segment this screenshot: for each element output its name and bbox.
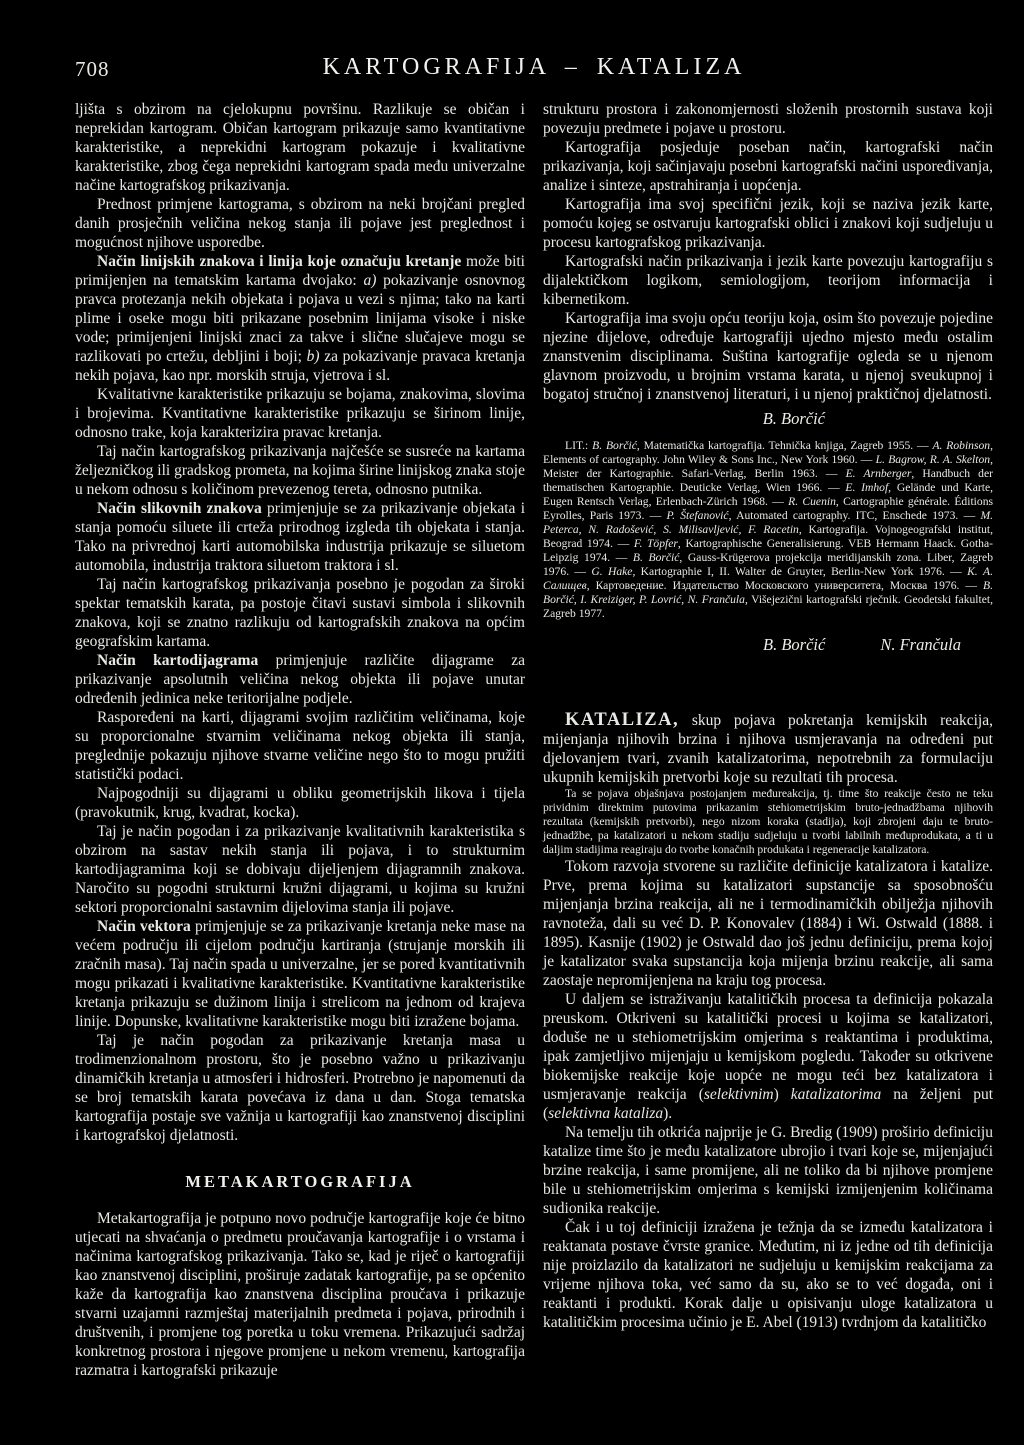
italic-text: B. Borčić	[592, 439, 637, 452]
italic-text: selektivna kataliza	[548, 1105, 663, 1122]
body-paragraph: Taj je način pogodan i za prikazivanje k…	[75, 822, 525, 917]
body-paragraph: Način vektora primjenjuje se za prikaziv…	[75, 917, 525, 1031]
italic-text: B. Borčić	[633, 551, 680, 564]
author-signature-line: B. Borčić	[543, 409, 993, 429]
body-paragraph: Način linijskih znakova i linija koje oz…	[75, 252, 525, 385]
body-paragraph: Kartografija ima svoju opću teoriju koja…	[543, 309, 993, 404]
body-paragraph: Na temelju tih otkrića najprije je G. Br…	[543, 1123, 993, 1218]
text-columns: ljišta s obzirom na cjelokupnu površinu.…	[75, 100, 993, 1380]
author-name: B. Borčić	[763, 409, 825, 429]
italic-text: a)	[363, 272, 376, 289]
italic-text: F. Töpfer	[634, 537, 678, 550]
entry-title: KATALIZA,	[565, 710, 679, 730]
bold-lead-in: Način slikovnih znakova	[97, 500, 262, 517]
italic-text: E. Arnberger	[846, 467, 912, 480]
body-paragraph: Kartografija posjeduje poseban način, ka…	[543, 138, 993, 195]
body-paragraph: Najpogodniji su dijagrami u obliku geome…	[75, 784, 525, 822]
italic-text: M. Peterca, N. Radošević, S. Milisavljev…	[543, 509, 993, 536]
italic-text: b)	[307, 348, 320, 365]
body-paragraph: Kvalitativne karakteristike prikazuju se…	[75, 385, 525, 442]
body-paragraph: U daljem se istraživanju katalitičkih pr…	[543, 990, 993, 1123]
body-paragraph: Način kartodijagrama primjenjuje različi…	[75, 651, 525, 708]
italic-text: selektivnim	[704, 1086, 774, 1103]
page-header: 708 KARTOGRAFIJA – KATALIZA	[75, 54, 993, 88]
italic-text: P. Štefanović	[667, 509, 729, 522]
italic-text: L. Bagrow, R. A. Skelton	[876, 453, 990, 466]
body-paragraph: Prednost primjene kartograma, s obzirom …	[75, 195, 525, 252]
italic-text: E. Imhof	[845, 481, 888, 494]
fine-print-paragraph: Ta se pojava objašnjava postojanjem među…	[543, 787, 993, 857]
body-paragraph: Raspoređeni na karti, dijagrami svojim r…	[75, 708, 525, 784]
fine-print-paragraph: LIT.: B. Borčić, Matematička kartografij…	[543, 439, 993, 621]
author-name: B. Borčić	[763, 635, 825, 655]
body-paragraph: Čak i u toj definiciji izražena je težnj…	[543, 1218, 993, 1332]
body-paragraph: Metakartografija je potpuno novo područj…	[75, 1209, 525, 1380]
section-heading: METAKARTOGRAFIJA	[75, 1172, 525, 1192]
page-title: KARTOGRAFIJA – KATALIZA	[75, 54, 993, 81]
italic-text: B. Borčić, I. Kreiziger, P. Lovrić, N. F…	[543, 579, 993, 606]
body-paragraph: strukturu prostora i zakonomjernosti slo…	[543, 100, 993, 138]
body-paragraph: Kartografski način prikazivanja i jezik …	[543, 252, 993, 309]
bold-lead-in: Način vektora	[97, 918, 191, 935]
italic-text: A. Robinson	[932, 439, 990, 452]
body-paragraph: Taj je način pogodan za prikazivanje kre…	[75, 1031, 525, 1145]
author-name: N. Frančula	[880, 635, 961, 655]
scanned-encyclopedia-page: 708 KARTOGRAFIJA – KATALIZA ljišta s obz…	[0, 0, 1024, 1445]
italic-text: katalizatorima	[791, 1086, 881, 1103]
bold-lead-in: Način linijskih znakova i linija koje oz…	[97, 253, 461, 270]
body-paragraph: Tokom razvoja stvorene su različite defi…	[543, 857, 993, 990]
bold-lead-in: Način kartodijagrama	[97, 652, 258, 669]
body-paragraph: ljišta s obzirom na cjelokupnu površinu.…	[75, 100, 525, 195]
page-number: 708	[75, 57, 110, 82]
body-paragraph: Način slikovnih znakova primjenjuje se z…	[75, 499, 525, 575]
italic-text: R. Cuenin	[788, 495, 836, 508]
body-paragraph: KATALIZA, skup pojava pokretanja kemijsk…	[543, 711, 993, 787]
italic-text: G. Hake	[591, 565, 632, 578]
body-paragraph: Taj način kartografskog prikazivanja pos…	[75, 575, 525, 651]
right-column: strukturu prostora i zakonomjernosti slo…	[543, 100, 993, 1380]
author-signature-line: B. BorčićN. Frančula	[543, 635, 993, 655]
left-column: ljišta s obzirom na cjelokupnu površinu.…	[75, 100, 525, 1380]
body-paragraph: Taj način kartografskog prikazivanja naj…	[75, 442, 525, 499]
body-paragraph: Kartografija ima svoj specifični jezik, …	[543, 195, 993, 252]
